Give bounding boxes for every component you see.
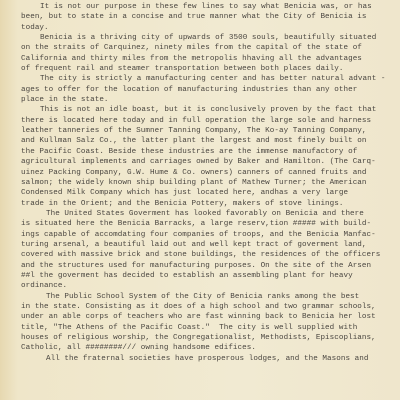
text-line: Catholic, all ########/// owning handsom… [21, 343, 391, 353]
text-line: The United States Goverment has looked f… [21, 209, 391, 219]
text-line: salmon; the widely known ship building p… [21, 178, 391, 188]
text-line: been, but to state in a concise and true… [21, 12, 391, 22]
text-line: on the straits of Carquinez, ninety mile… [21, 43, 391, 53]
text-line: and the structures used for manufacturin… [21, 261, 391, 271]
text-line: California and thirty miles from the met… [21, 54, 391, 64]
text-line: houses of religious worship, the Congreg… [21, 333, 391, 343]
text-line: All the fraternal societies have prosper… [21, 354, 391, 364]
text-line: Benicia is a thriving city of upwards of… [21, 33, 391, 43]
text-line: under an able corps of teachers who are … [21, 312, 391, 322]
text-line: ##l the goverment has decided to establi… [21, 271, 391, 281]
text-line: ages to offer for the location of manufa… [21, 85, 391, 95]
text-line: leather tanneries of the Sumner Tanning … [21, 126, 391, 136]
text-line: in the state. Consisting as it does of a… [21, 302, 391, 312]
text-line: covered with massive brick and stone bui… [21, 250, 391, 260]
text-line: the Pacific Coast. Beside these industri… [21, 147, 391, 157]
text-line: It is not our purpose in these few lines… [21, 2, 391, 12]
text-line: This is not an idle boast, but it is con… [21, 105, 391, 115]
document-body: It is not our purpose in these few lines… [21, 2, 391, 364]
text-line: trade in the Orient; and the Benicia Pot… [21, 199, 391, 209]
text-line: title, "The Athens of the Pacific Coast.… [21, 323, 391, 333]
text-line: ordinance. [21, 281, 391, 291]
text-line: The Public School System of the City of … [21, 292, 391, 302]
text-line: of frequent rail and steamer transportat… [21, 64, 391, 74]
text-line: The city is strictly a manufacturing cen… [21, 74, 391, 84]
text-line: uinez Packing Company, G.W. Hume & Co. o… [21, 168, 391, 178]
text-line: ings capable of accomdating four compani… [21, 230, 391, 240]
text-line: there is located here today and in full … [21, 116, 391, 126]
text-line: today. [21, 23, 391, 33]
text-line: agricultural implements and carriages ow… [21, 157, 391, 167]
text-line: turing arsenal, a beautiful laid out and… [21, 240, 391, 250]
typewritten-page: It is not our purpose in these few lines… [0, 0, 400, 400]
text-line: Condensed Milk Company which has just lo… [21, 188, 391, 198]
text-line: is situated here the Benicia Barracks, a… [21, 219, 391, 229]
text-line: place in the state. [21, 95, 391, 105]
text-line: and Kullman Salz Co., the latter plant t… [21, 136, 391, 146]
